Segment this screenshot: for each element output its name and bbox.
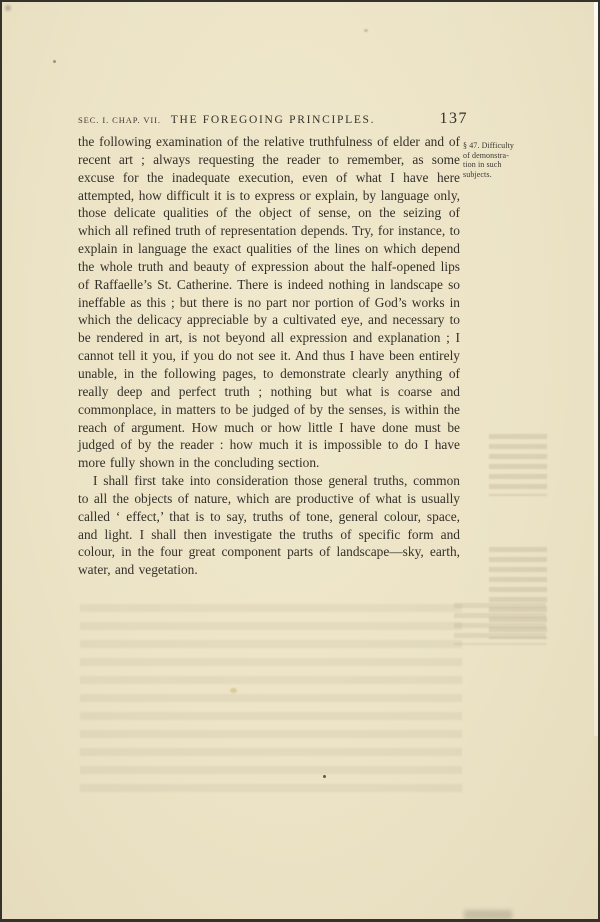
showthrough-margin-note [489,434,547,496]
paper-edge-highlight [594,2,598,736]
paper-stain [230,688,237,693]
book-page-scan: SEC. I. CHAP. VII. THE FOREGOING PRINCIP… [0,0,600,922]
paper-speck [5,5,11,11]
page-number: 137 [440,110,469,128]
text-column: the following examination of the relativ… [78,133,460,579]
showthrough-margin-note [454,603,546,645]
margin-note-line: tion in such [463,160,551,170]
margin-note: § 47. Difficulty of demonstra- tion in s… [463,141,551,180]
running-head-title: THE FOREGOING PRINCIPLES. [171,114,375,126]
paper-speck [323,775,326,778]
margin-note-line: of demonstra- [463,151,551,161]
paragraph: I shall first take into consideration th… [78,472,460,579]
paper-speck [364,29,368,32]
margin-note-line: § 47. Difficulty [463,141,551,151]
margin-note-line: subjects. [463,170,551,180]
showthrough-body-text [80,604,462,796]
running-head: SEC. I. CHAP. VII. THE FOREGOING PRINCIP… [78,110,468,128]
paper-speck [53,60,56,63]
scan-edge-smudge [464,910,512,920]
running-head-section: SEC. I. CHAP. VII. [78,115,161,125]
showthrough-margin-note [489,547,547,639]
paragraph: the following examination of the relativ… [78,133,460,472]
